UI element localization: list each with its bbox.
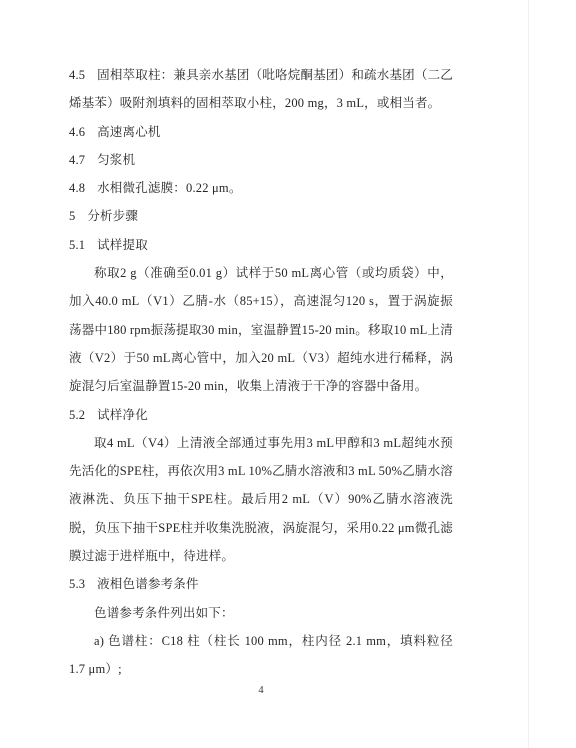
clause-number: 4.7 <box>69 153 85 167</box>
document-page: 4.5固相萃取柱：兼具亲水基团（吡咯烷酮基团）和疏水基团（二乙烯基苯）吸附剂填料… <box>0 0 576 748</box>
paragraph-hplc-intro: 色谱参考条件列出如下： <box>69 599 453 627</box>
clause-4-5: 4.5固相萃取柱：兼具亲水基团（吡咯烷酮基团）和疏水基团（二乙烯基苯）吸附剂填料… <box>69 61 453 118</box>
document-content: 4.5固相萃取柱：兼具亲水基团（吡咯烷酮基团）和疏水基团（二乙烯基苯）吸附剂填料… <box>69 61 453 684</box>
paragraph-hplc-column: a) 色谱柱：C18 柱（柱长 100 mm，柱内径 2.1 mm，填料粒径 1… <box>69 627 453 684</box>
clause-4-8: 4.8水相微孔滤膜：0.22 μm。 <box>69 174 453 202</box>
clause-number: 4.6 <box>69 125 85 139</box>
clause-title: 试样提取 <box>97 238 148 252</box>
scan-page-edge <box>528 0 529 748</box>
clause-text: 匀浆机 <box>97 153 135 167</box>
page-number: 4 <box>69 685 453 696</box>
section-title: 分析步骤 <box>87 209 138 223</box>
clause-5-3: 5.3液相色谱参考条件 <box>69 570 453 598</box>
clause-4-6: 4.6高速离心机 <box>69 118 453 146</box>
clause-4-7: 4.7匀浆机 <box>69 146 453 174</box>
clause-title: 试样净化 <box>97 408 148 422</box>
clause-text: 高速离心机 <box>97 125 161 139</box>
clause-5-1: 5.1试样提取 <box>69 231 453 259</box>
clause-5-2: 5.2试样净化 <box>69 401 453 429</box>
clause-text: 水相微孔滤膜：0.22 μm。 <box>97 181 241 195</box>
clause-number: 4.8 <box>69 181 85 195</box>
paragraph-sample-extraction: 称取2 g（准确至0.01 g）试样于50 mL离心管（或均质袋）中，加入40.… <box>69 259 453 400</box>
clause-title: 液相色谱参考条件 <box>97 577 199 591</box>
paragraph-sample-cleanup: 取4 mL（V4）上清液全部通过事先用3 mL甲醇和3 mL超纯水预先活化的SP… <box>69 429 453 570</box>
clause-number: 5.1 <box>69 238 85 252</box>
clause-text: 固相萃取柱：兼具亲水基团（吡咯烷酮基团）和疏水基团（二乙烯基苯）吸附剂填料的固相… <box>69 68 453 110</box>
clause-number: 5.2 <box>69 408 85 422</box>
section-heading-5: 5分析步骤 <box>69 202 453 230</box>
section-number: 5 <box>69 209 75 223</box>
clause-number: 5.3 <box>69 577 85 591</box>
clause-number: 4.5 <box>69 68 85 82</box>
